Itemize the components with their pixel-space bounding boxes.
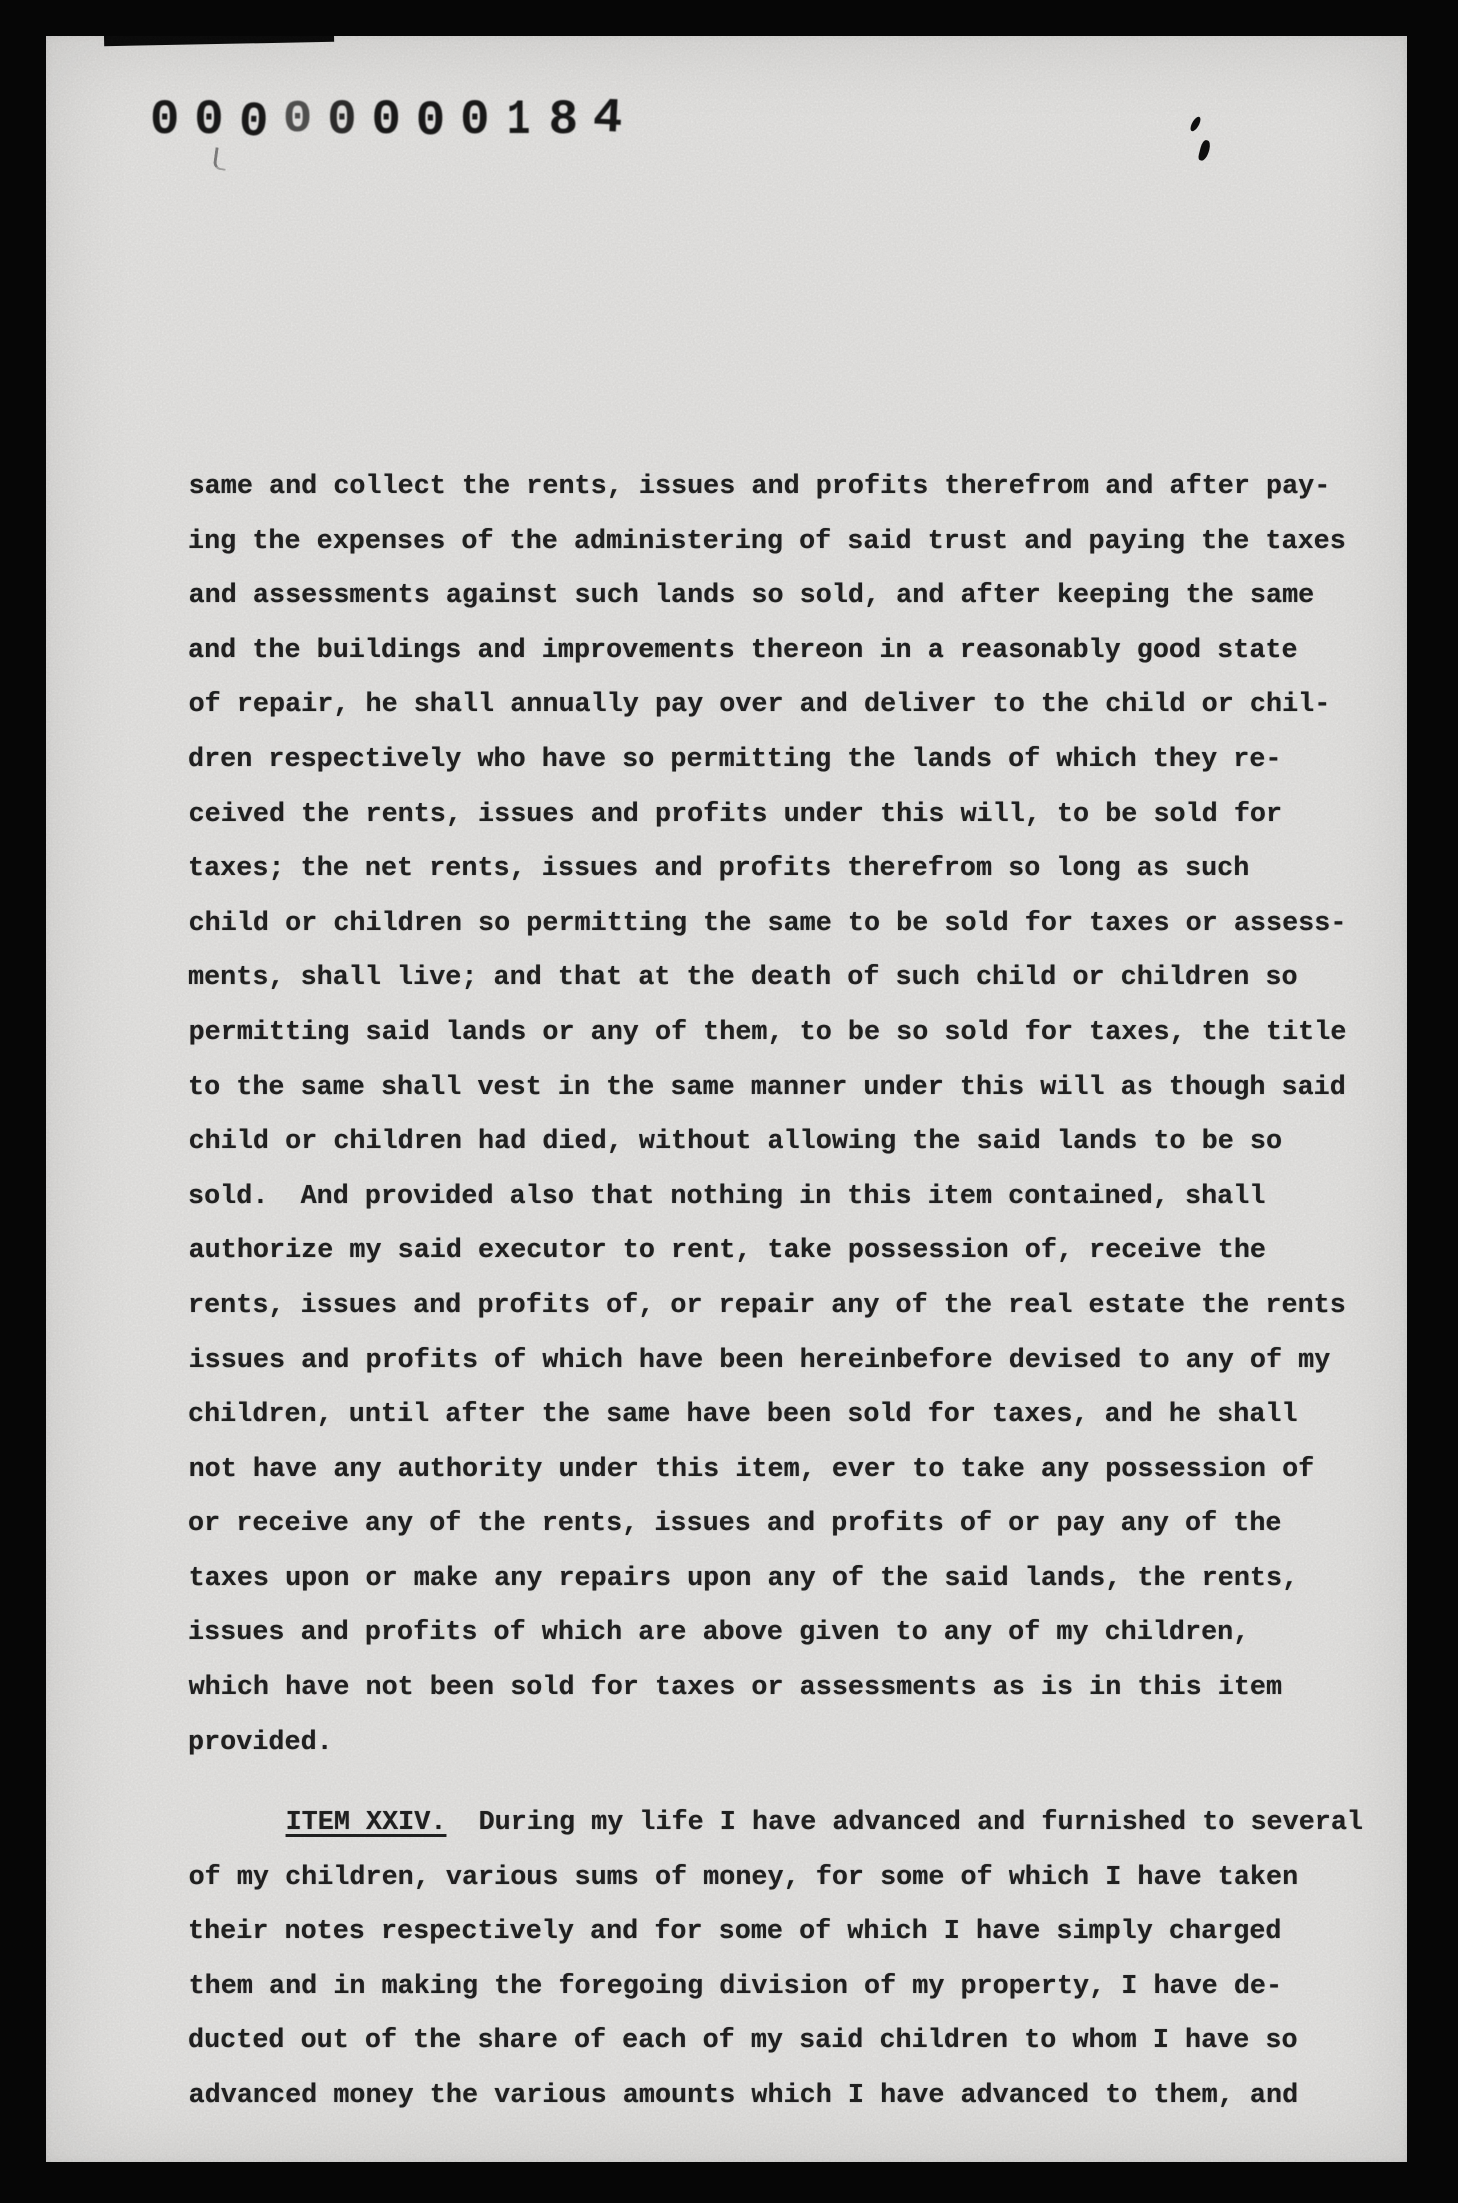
- text-line: their notes respectively and for some of…: [188, 1905, 1362, 1960]
- stamp-digit: 0: [150, 98, 179, 142]
- item-xxiv-paragraph: ITEM XXIV. During my life I have advance…: [188, 1796, 1362, 2124]
- text-line: and the buildings and improvements there…: [188, 624, 1346, 679]
- scanned-page: 00000000184 same and collect the rents, …: [0, 0, 1458, 2203]
- text-line: or receive any of the rents, issues and …: [188, 1497, 1346, 1552]
- stamp-digit: 0: [194, 98, 223, 142]
- ink-smudge: [213, 147, 229, 171]
- paragraph-continuation: same and collect the rents, issues and p…: [188, 460, 1346, 1770]
- text-line: permitting said lands or any of them, to…: [189, 1006, 1347, 1061]
- stamp-digit: 8: [549, 98, 578, 142]
- text-line: advanced money the various amounts which…: [189, 2069, 1363, 2124]
- item-heading-line: ITEM XXIV. During my life I have advance…: [189, 1796, 1363, 1851]
- stamp-digit: 4: [592, 95, 623, 140]
- text-line: taxes; the net rents, issues and profits…: [188, 842, 1346, 897]
- text-line: not have any authority under this item, …: [189, 1443, 1347, 1498]
- text-line: taxes upon or make any repairs upon any …: [189, 1552, 1347, 1607]
- text-line: to the same shall vest in the same manne…: [188, 1061, 1346, 1116]
- ink-mark-2: [1198, 139, 1212, 162]
- text-line: of my children, various sums of money, f…: [189, 1851, 1363, 1906]
- stamp-digit: 0: [460, 98, 489, 142]
- stamp-digit: 0: [416, 99, 445, 143]
- item-heading: ITEM XXIV.: [286, 1808, 447, 1838]
- scan-border-notch: [104, 24, 334, 46]
- text-line: of repair, he shall annually pay over an…: [189, 678, 1347, 733]
- text-line: provided.: [188, 1716, 1346, 1771]
- text-line: ing the expenses of the administering of…: [188, 515, 1346, 570]
- text-line: children, until after the same have been…: [188, 1388, 1346, 1443]
- stamp-digit: 0: [238, 100, 269, 145]
- stamp-digit: 0: [371, 98, 400, 142]
- item-body-lines: of my children, various sums of money, f…: [188, 1851, 1362, 2124]
- stamp-digit: 0: [327, 98, 356, 142]
- stamp-number: 00000000184: [150, 98, 637, 142]
- text-line: and assessments against such lands so so…: [189, 569, 1347, 624]
- text-line: which have not been sold for taxes or as…: [189, 1661, 1347, 1716]
- text-line: child or children had died, without allo…: [189, 1115, 1347, 1170]
- stamp-digit: 0: [283, 99, 312, 139]
- text-line: child or children so permitting the same…: [189, 897, 1347, 952]
- text-line: issues and profits of which have been he…: [189, 1334, 1347, 1389]
- paper: 00000000184 same and collect the rents, …: [46, 36, 1407, 2162]
- text-line: ments, shall live; and that at the death…: [188, 951, 1346, 1006]
- ink-mark-1: [1189, 115, 1202, 132]
- text-line: ceived the rents, issues and profits und…: [189, 788, 1347, 843]
- text-line: authorize my said executor to rent, take…: [189, 1224, 1347, 1279]
- text-line: issues and profits of which are above gi…: [188, 1606, 1346, 1661]
- text-line: same and collect the rents, issues and p…: [189, 460, 1347, 515]
- text-line: sold. And provided also that nothing in …: [188, 1170, 1346, 1225]
- stamp-digit: 1: [507, 98, 530, 142]
- text-line: rents, issues and profits of, or repair …: [188, 1279, 1346, 1334]
- text-line: dren respectively who have so permitting…: [188, 733, 1346, 788]
- text-line: them and in making the foregoing divisio…: [189, 1960, 1363, 2015]
- item-heading-rest: During my life I have advanced and furni…: [446, 1808, 1363, 1838]
- text-line: ducted out of the share of each of my sa…: [188, 2014, 1362, 2069]
